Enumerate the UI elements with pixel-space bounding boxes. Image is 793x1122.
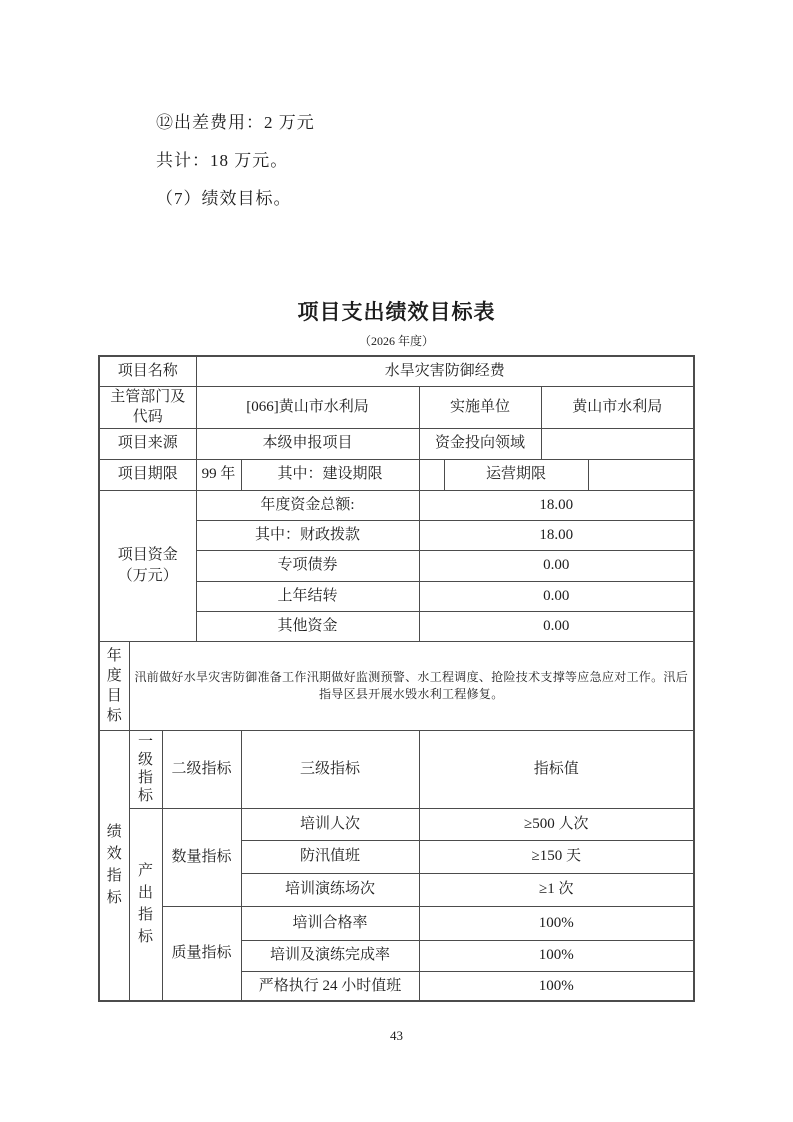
- fund-fiscal-value-cell: 18.00: [419, 520, 694, 550]
- indicator-value-cell: 100%: [419, 906, 694, 940]
- fund-bond-value-cell: 0.00: [419, 550, 694, 581]
- impl-unit-label-cell: 实施单位: [419, 386, 541, 428]
- fund-total-label-cell: 年度资金总额:: [196, 490, 419, 520]
- project-name-label-cell: 项目名称: [99, 356, 196, 386]
- table-subtitle: （2026 年度）: [0, 332, 793, 349]
- annual-goal-text-cell: 汛前做好水旱灾害防御准备工作汛期做好监测预警、水工程调度、抢险技术支撑等应急应对…: [129, 641, 694, 730]
- indicator-name-cell: 培训人次: [241, 808, 419, 840]
- indicator-name-cell: 防汛值班: [241, 840, 419, 873]
- period-value-cell: 99 年: [196, 459, 241, 490]
- operation-period-label-cell: 运营期限: [444, 459, 588, 490]
- impl-unit-value-cell: 黄山市水利局: [541, 386, 694, 428]
- quantity-indicator-label-cell: 数量指标: [162, 808, 241, 906]
- indicator-value-cell: ≥500 人次: [419, 808, 694, 840]
- project-name-value-cell: 水旱灾害防御经费: [196, 356, 694, 386]
- output-indicator-label-cell: 产出指标: [129, 808, 162, 1001]
- indicator-name-cell: 培训合格率: [241, 906, 419, 940]
- indicator-name-cell: 培训演练场次: [241, 873, 419, 906]
- investment-field-label-cell: 资金投向领域: [419, 428, 541, 459]
- performance-target-table: 项目名称 水旱灾害防御经费 主管部门及代码 [066]黄山市水利局 实施单位 黄…: [98, 355, 695, 1002]
- indicator-value-cell: ≥150 天: [419, 840, 694, 873]
- header-level1-cell: 一级指标: [129, 730, 162, 808]
- intro-text-block: ⑫出差费用：2 万元 共计：18 万元。 （7）绩效目标。: [156, 104, 315, 218]
- department-value-cell: [066]黄山市水利局: [196, 386, 419, 428]
- source-label-cell: 项目来源: [99, 428, 196, 459]
- table-title: 项目支出绩效目标表: [0, 296, 793, 326]
- indicator-value-cell: ≥1 次: [419, 873, 694, 906]
- construction-period-value-cell: [419, 459, 444, 490]
- fund-bond-label-cell: 专项债券: [196, 550, 419, 581]
- performance-section-label: 绩效指标: [106, 821, 122, 909]
- operation-period-value-cell: [588, 459, 694, 490]
- annual-goal-label-cell: 年度目标: [99, 641, 129, 730]
- header-level2-cell: 二级指标: [162, 730, 241, 808]
- fund-other-label-cell: 其他资金: [196, 611, 419, 641]
- source-value-cell: 本级申报项目: [196, 428, 419, 459]
- fund-carryover-value-cell: 0.00: [419, 581, 694, 611]
- construction-period-label-cell: 其中：建设期限: [241, 459, 419, 490]
- period-label-cell: 项目期限: [99, 459, 196, 490]
- performance-section-label-cell: 绩效指标: [99, 730, 129, 1001]
- indicator-value-cell: 100%: [419, 940, 694, 971]
- header-level1-label: 一级指标: [138, 733, 154, 805]
- indicator-name-cell: 培训及演练完成率: [241, 940, 419, 971]
- document-page: ⑫出差费用：2 万元 共计：18 万元。 （7）绩效目标。 项目支出绩效目标表 …: [0, 0, 793, 1122]
- header-level3-cell: 三级指标: [241, 730, 419, 808]
- paragraph-performance-goal-heading: （7）绩效目标。: [156, 180, 315, 218]
- indicator-value-cell: 100%: [419, 971, 694, 1001]
- indicator-name-cell: 严格执行 24 小时值班: [241, 971, 419, 1001]
- header-value-cell: 指标值: [419, 730, 694, 808]
- fund-carryover-label-cell: 上年结转: [196, 581, 419, 611]
- funds-section-label-cell: 项目资金 （万元）: [99, 490, 196, 641]
- fund-total-value-cell: 18.00: [419, 490, 694, 520]
- paragraph-total-amount: 共计：18 万元。: [156, 142, 315, 180]
- quality-indicator-label-cell: 质量指标: [162, 906, 241, 1001]
- department-label-cell: 主管部门及代码: [99, 386, 196, 428]
- annual-goal-label: 年度目标: [106, 646, 122, 726]
- paragraph-travel-expense: ⑫出差费用：2 万元: [156, 104, 315, 142]
- investment-field-value-cell: [541, 428, 694, 459]
- output-indicator-label: 产出指标: [138, 860, 154, 948]
- fund-other-value-cell: 0.00: [419, 611, 694, 641]
- page-number: 43: [0, 1028, 793, 1044]
- fund-fiscal-label-cell: 其中：财政拨款: [196, 520, 419, 550]
